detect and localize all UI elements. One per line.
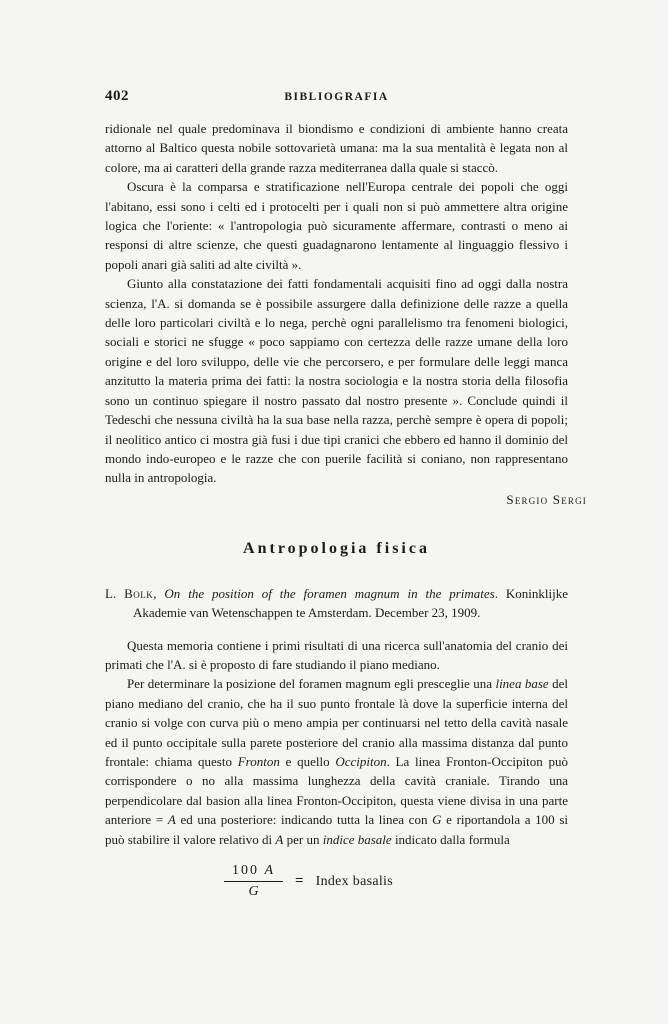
page-header: 402 BIBLIOGRAFIA <box>105 88 568 108</box>
review-paragraph-continuation: ridionale nel quale predominava il biond… <box>105 119 568 177</box>
section-paragraph-method: Per determinare la posizione del foramen… <box>105 674 568 849</box>
journal-page: 402 BIBLIOGRAFIA ridionale nel quale pre… <box>0 0 668 1024</box>
fraction-denominator: G <box>224 882 283 900</box>
section-paragraph-intro: Questa memoria contiene i primi risultat… <box>105 636 568 675</box>
fraction-numerator: 100 A <box>224 863 283 882</box>
index-basalis-formula: 100 A G = Index basalis <box>77 863 540 900</box>
reference-entry: L. Bolk, On the position of the foramen … <box>105 584 568 623</box>
running-title: BIBLIOGRAFIA <box>105 91 568 103</box>
equals-sign: = <box>295 873 304 890</box>
author-signature: Sergio Sergi <box>105 492 587 508</box>
review-paragraph: Giunto alla constatazione dei fatti fond… <box>105 274 568 487</box>
review-paragraph: Oscura è la comparsa e stratificazione n… <box>105 177 568 274</box>
fraction: 100 A G <box>224 863 283 900</box>
section-heading: Antropologia fisica <box>105 540 568 558</box>
text-column: ridionale nel quale predominava il biond… <box>105 119 568 900</box>
formula-result-label: Index basalis <box>316 874 393 890</box>
